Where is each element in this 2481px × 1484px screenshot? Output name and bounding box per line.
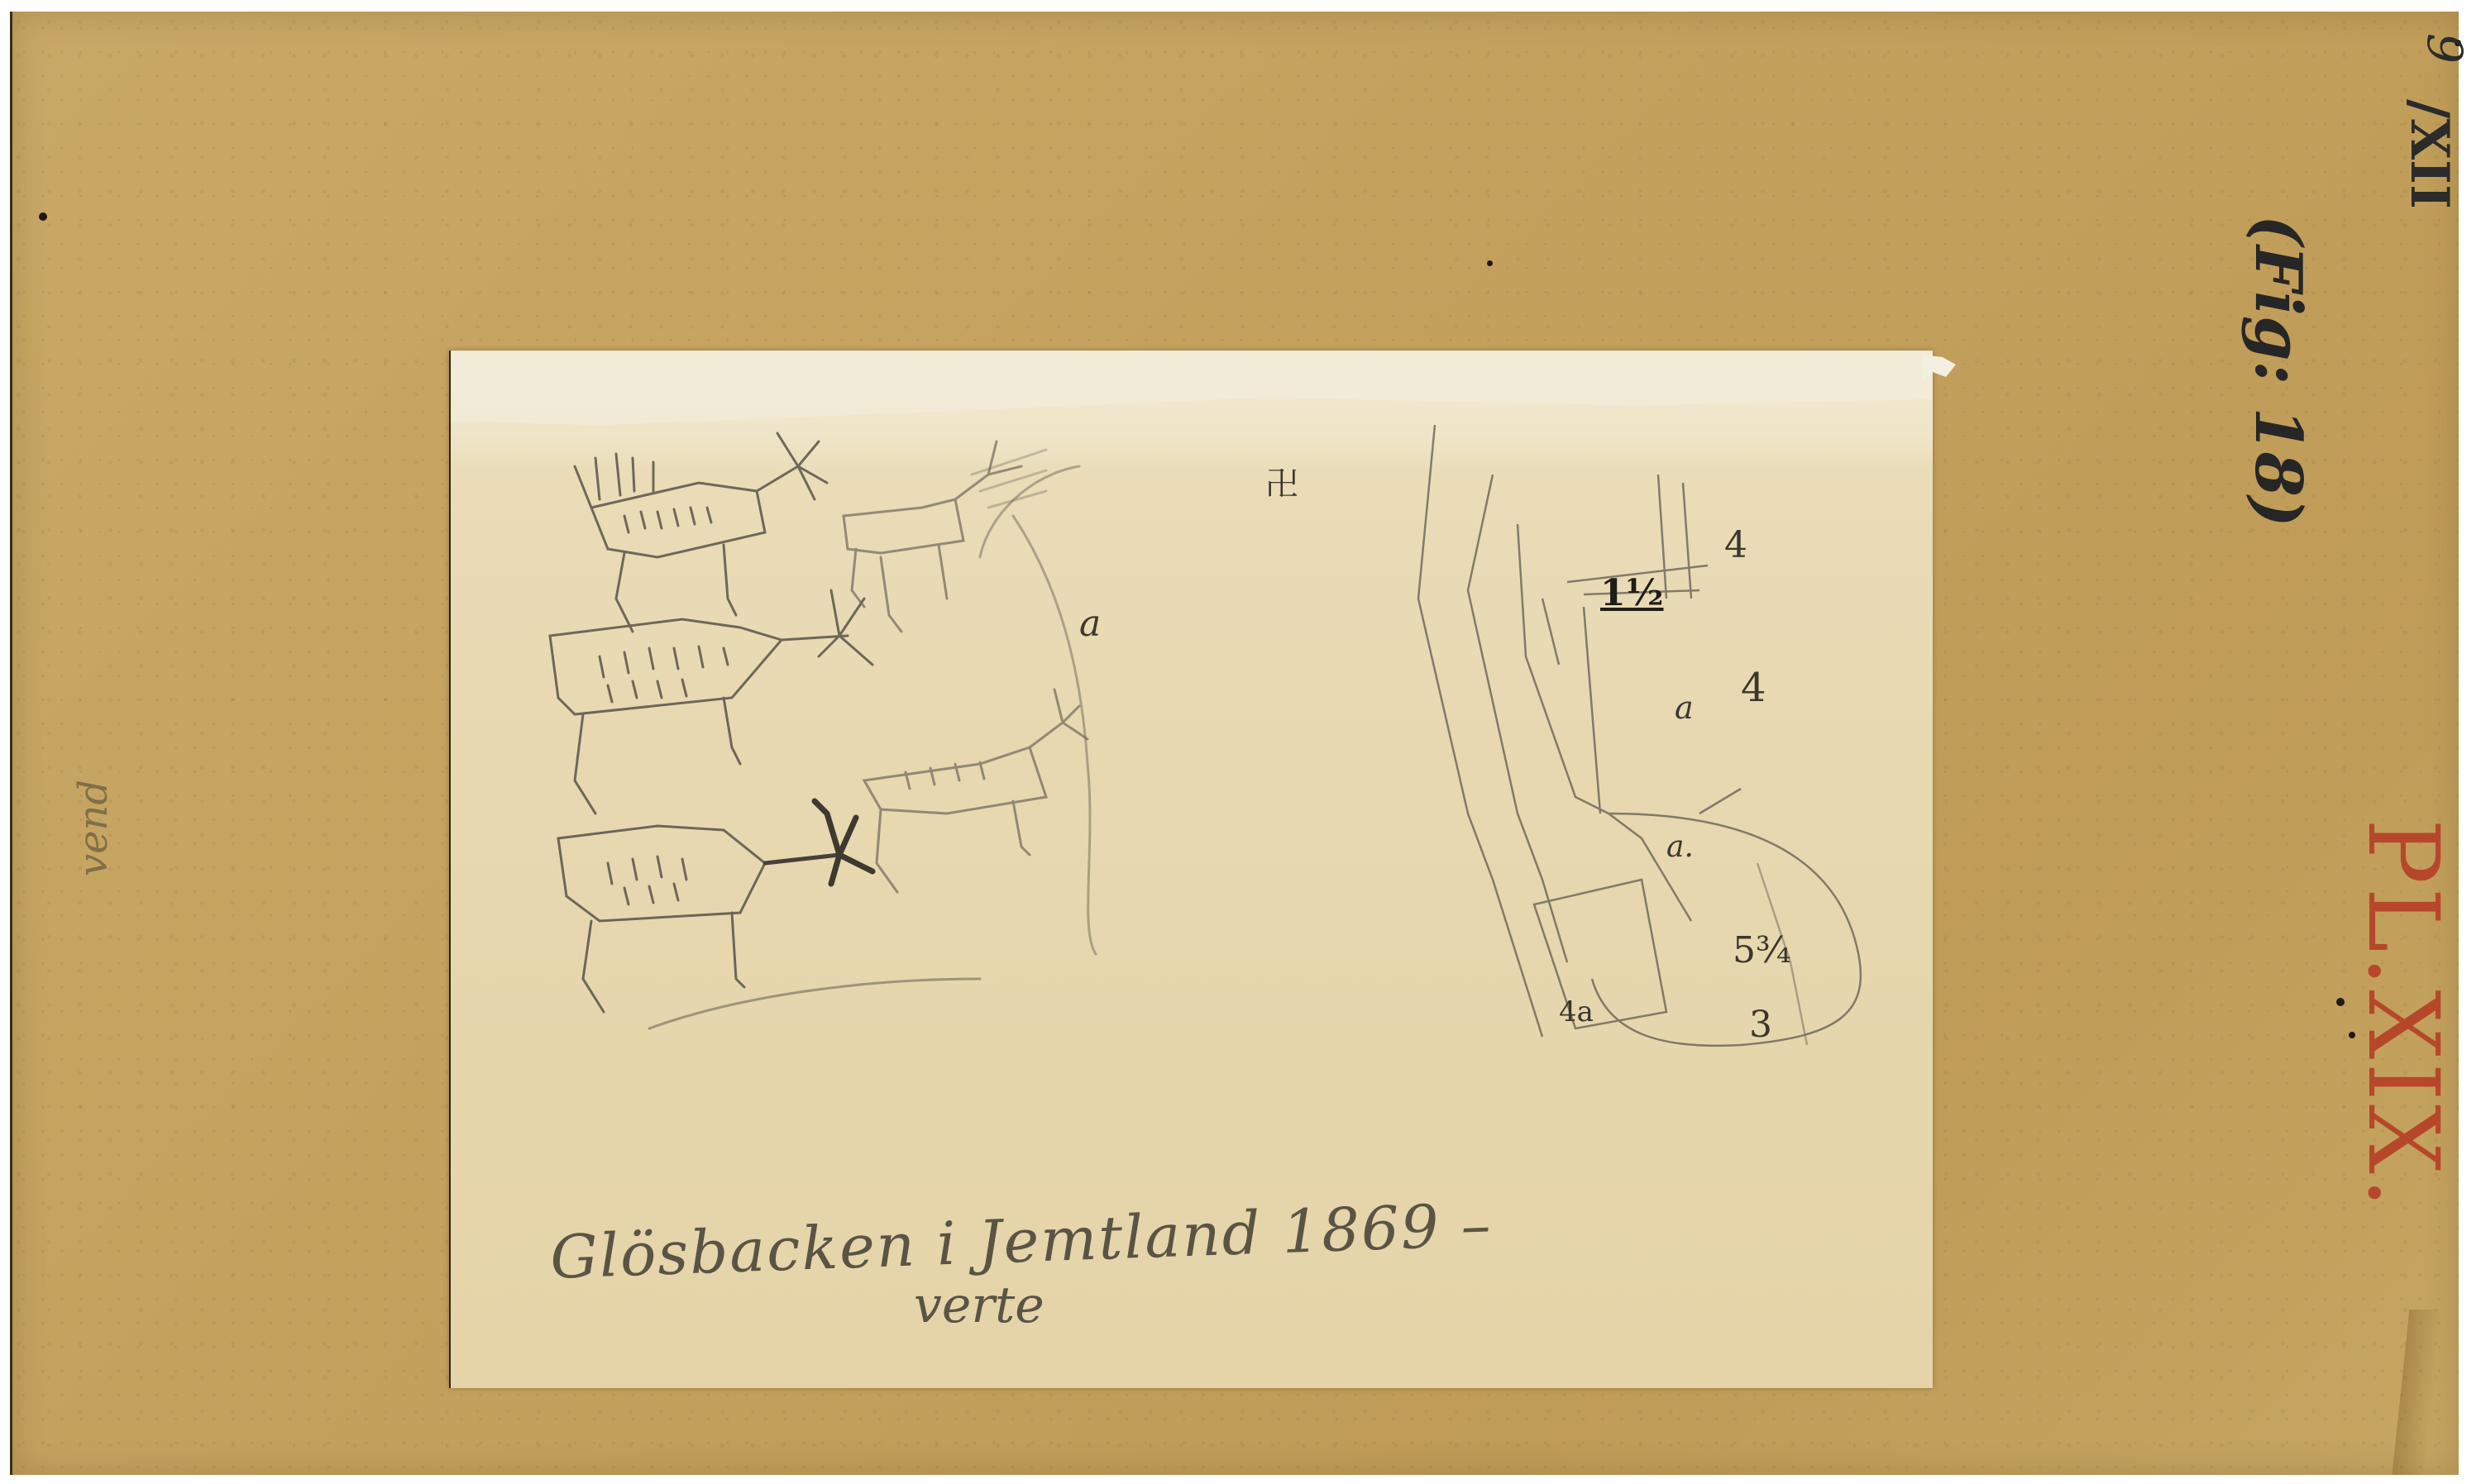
label-a-low: a. (1666, 830, 1694, 864)
elk-figure-4 (558, 801, 872, 1012)
label-4-top: 4 (1724, 524, 1747, 566)
pin-hole (1487, 260, 1493, 266)
rock-outline (1418, 425, 1861, 1046)
pin-hole (39, 212, 47, 221)
mount-fold (2392, 1310, 2442, 1475)
measurement-5-3-4: 5¾ (1733, 929, 1791, 971)
label-a-mid: a (1675, 690, 1694, 726)
caption-verte: verte (914, 1276, 1045, 1334)
label-4-mid: 4 (1741, 665, 1766, 711)
sketch-sheet: 卍 a 4 1½ 4 a a. 5¾ 3 4a Glösbacken i Jem… (449, 351, 1933, 1388)
reference-number: 9 (2416, 33, 2473, 64)
label-4a: 4a (1559, 995, 1594, 1028)
plate-roman-numeral: /XII (2398, 99, 2460, 209)
measurement-fraction: 1½ (1600, 572, 1664, 614)
elk-figure-1 (575, 433, 827, 632)
margin-note: vend (70, 780, 117, 876)
pin-hole (2336, 998, 2345, 1006)
elk-figure-5 (864, 690, 1088, 892)
elk-figure-2 (844, 441, 1021, 632)
figure-reference: (Fig: 18) (2240, 215, 2316, 527)
swastika-symbol: 卍 (1265, 458, 1298, 505)
plate-number-red: PL.XIX. (2346, 818, 2460, 1211)
measurement-3: 3 (1749, 1004, 1772, 1046)
label-a: a (1079, 603, 1101, 645)
elk-figure-3 (550, 590, 872, 814)
